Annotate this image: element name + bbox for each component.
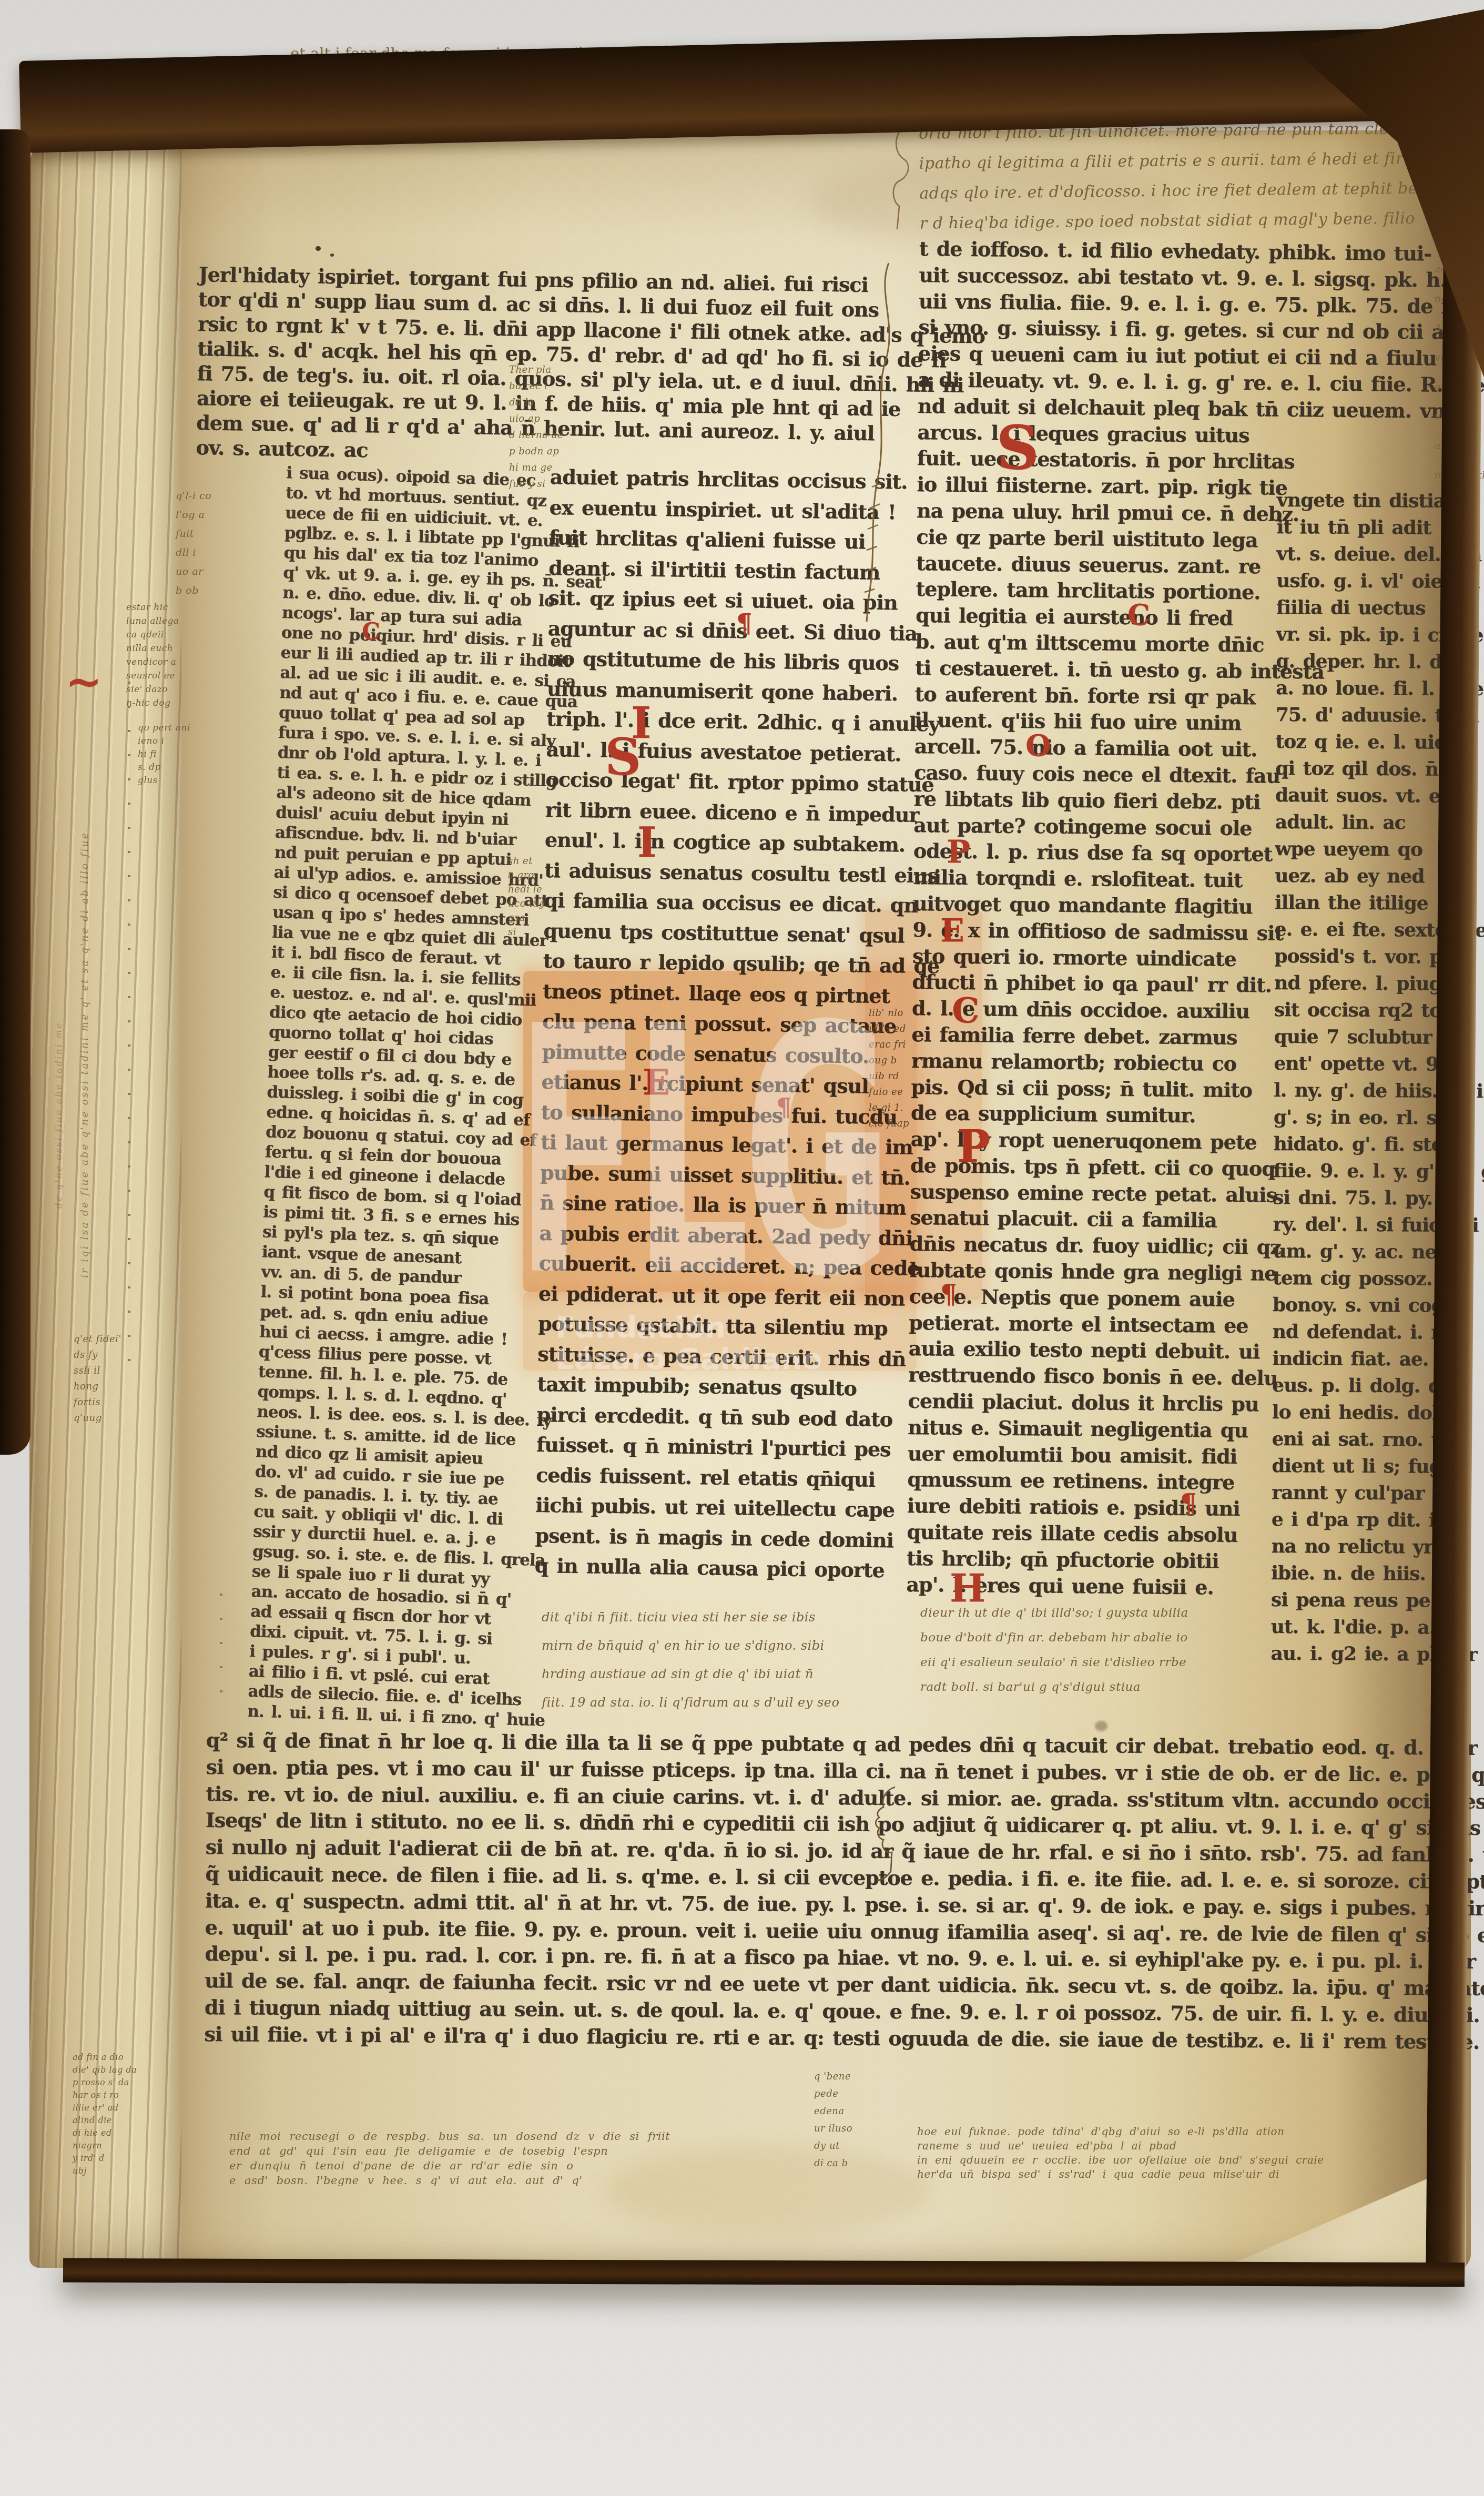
profile-face-doodle	[867, 1784, 912, 1882]
rubric-paragraph-mark: ¶	[736, 611, 753, 636]
book-cover-bottom-edge	[63, 2258, 1465, 2287]
rubric-initial-I: I	[637, 823, 657, 864]
rubric-initial-O: O	[1025, 731, 1051, 760]
rubric-initial-H: H	[950, 1569, 985, 1607]
rubric-paragraph-mark: ¶	[1180, 1490, 1197, 1517]
collection-watermark-name-line2: Lázaro Galdiano	[555, 1342, 822, 1376]
rubric-initial-S: S	[996, 418, 1039, 478]
quill-flourish-doodle	[856, 261, 906, 624]
rubric-initial-C: C	[362, 621, 380, 644]
collection-watermark-letters: FLG	[515, 982, 886, 1324]
book-cover-left-edge	[0, 129, 31, 1455]
rubric-initial-P: P	[947, 836, 970, 868]
manuscript-photograph: ir iqi lsa de fiue abe q'ne ossi tadini …	[0, 0, 1484, 2496]
rubric-initial-C: C	[1127, 601, 1150, 629]
rubric-initial-~: ~	[65, 659, 102, 704]
collection-watermark-name-line1: Fundación	[555, 1311, 726, 1345]
cursive-initial-flourish	[886, 122, 915, 232]
rubric-initial-S: S	[605, 732, 641, 783]
